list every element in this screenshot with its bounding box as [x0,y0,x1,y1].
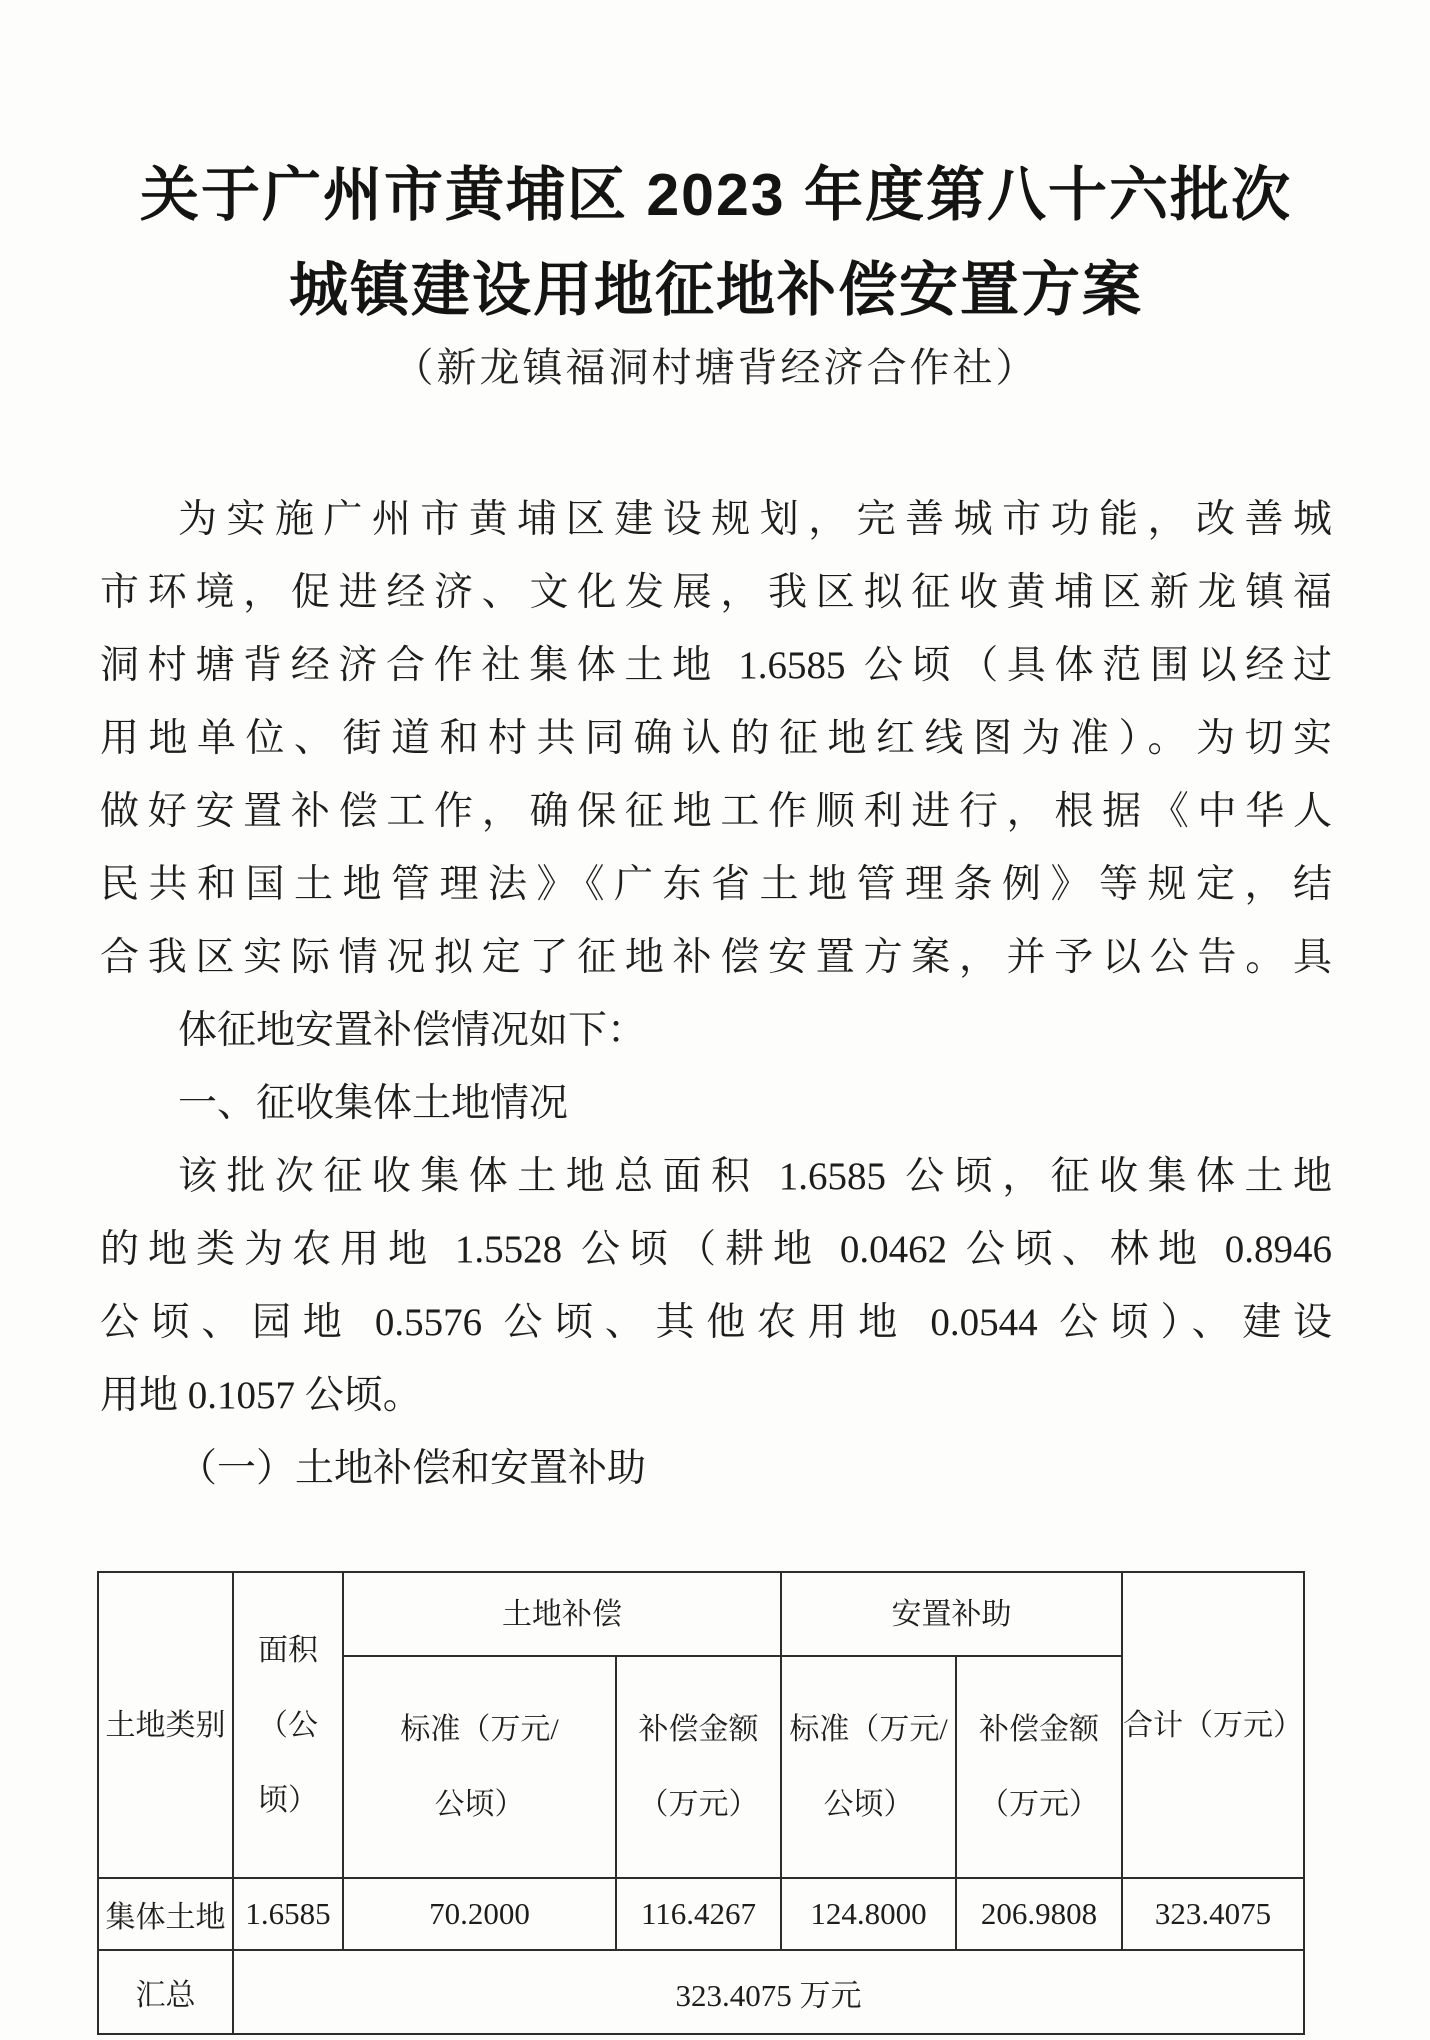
header-cell-area: 面积（公 顷） [233,1572,343,1878]
document-page: 关于广州市黄埔区 2023 年度第八十六批次 城镇建设用地征地补偿安置方案 （新… [0,0,1430,2040]
cell-land-type: 集体土地 [98,1878,233,1950]
paragraph1-line: 市环境，促进经济、文化发展，我区拟征收黄埔区新龙镇福 [100,556,1332,629]
header-standard-line2: 公顷） [782,1767,955,1842]
paragraph2-line: 该批次征收集体土地总面积 1.6585 公顷，征收集体土地 [100,1140,1332,1213]
paragraph1-line: 用地单位、街道和村共同确认的征地红线图为准）。为切实 [100,702,1332,775]
header-cell-resettle-standard: 标准（万元/ 公顷） [781,1656,956,1878]
header-cell-total: 合计（万元） [1122,1572,1304,1878]
summary-row: 汇总 323.4075 万元 [98,1950,1304,2034]
header-area-line1: 面积（公 [234,1613,342,1763]
summary-label: 汇总 [98,1950,233,2034]
header-amount-line1: 补偿金额 [617,1692,780,1767]
cell-total: 323.4075 [1122,1878,1304,1950]
cell-land-comp-amount: 116.4267 [616,1878,781,1950]
paragraph2-line: 公顷、园地 0.5576 公顷、其他农用地 0.0544 公顷）、建设 [100,1286,1332,1359]
header-cell-resettle-amount: 补偿金额 （万元） [956,1656,1122,1878]
paragraph1-line: 民共和国土地管理法》《广东省土地管理条例》等规定，结 [100,848,1332,921]
header-group-land-compensation: 土地补偿 [343,1572,781,1656]
document-title-line2: 城镇建设用地征地补偿安置方案 [100,243,1332,338]
header-standard-line1: 标准（万元/ [344,1692,615,1767]
summary-value: 323.4075 万元 [233,1950,1304,2034]
document-subtitle: （新龙镇福洞村塘背经济合作社） [100,343,1332,393]
document-content: 关于广州市黄埔区 2023 年度第八十六批次 城镇建设用地征地补偿安置方案 （新… [100,0,1332,2035]
paragraph2-line: 的地类为农用地 1.5528 公顷（耕地 0.0462 公顷、林地 0.8946 [100,1213,1332,1286]
header-area-line2: 顷） [234,1763,342,1838]
paragraph2-line: 用地 0.1057 公顷。 [100,1359,1332,1432]
header-group-resettlement-subsidy: 安置补助 [781,1572,1122,1656]
document-title-line1: 关于广州市黄埔区 2023 年度第八十六批次 [100,148,1332,243]
cell-land-comp-standard: 70.2000 [343,1878,616,1950]
header-cell-land-comp-standard: 标准（万元/ 公顷） [343,1656,616,1878]
paragraph1-line: 合我区实际情况拟定了征地补偿安置方案，并予以公告。具 [100,921,1332,994]
header-standard-line2: 公顷） [344,1767,615,1842]
paragraph1-line: 做好安置补偿工作，确保征地工作顺利进行，根据《中华人 [100,775,1332,848]
header-cell-land-comp-amount: 补偿金额 （万元） [616,1656,781,1878]
cell-area: 1.6585 [233,1878,343,1950]
cell-resettle-standard: 124.8000 [781,1878,956,1950]
section-heading: 一、征收集体土地情况 [100,1067,1332,1140]
header-standard-line1: 标准（万元/ [782,1692,955,1767]
document-body: 为实施广州市黄埔区建设规划，完善城市功能，改善城 市环境，促进经济、文化发展，我… [100,483,1332,1505]
compensation-table: 土地类别 面积（公 顷） 土地补偿 安置补助 合计（万元） 标准（万元/ 公顷）… [97,1571,1305,2035]
subsection-heading: （一）土地补偿和安置补助 [100,1432,1332,1505]
header-amount-line1: 补偿金额 [957,1692,1121,1767]
paragraph1-line: 体征地安置补偿情况如下： [100,994,1332,1067]
table-row: 集体土地 1.6585 70.2000 116.4267 124.8000 20… [98,1878,1304,1950]
header-cell-land-type: 土地类别 [98,1572,233,1878]
cell-resettle-amount: 206.9808 [956,1878,1122,1950]
document-title: 关于广州市黄埔区 2023 年度第八十六批次 城镇建设用地征地补偿安置方案 [100,148,1332,338]
header-amount-line2: （万元） [617,1767,780,1842]
paragraph1-line: 洞村塘背经济合作社集体土地 1.6585 公顷（具体范围以经过 [100,629,1332,702]
paragraph1-line: 为实施广州市黄埔区建设规划，完善城市功能，改善城 [100,483,1332,556]
header-amount-line2: （万元） [957,1767,1121,1842]
